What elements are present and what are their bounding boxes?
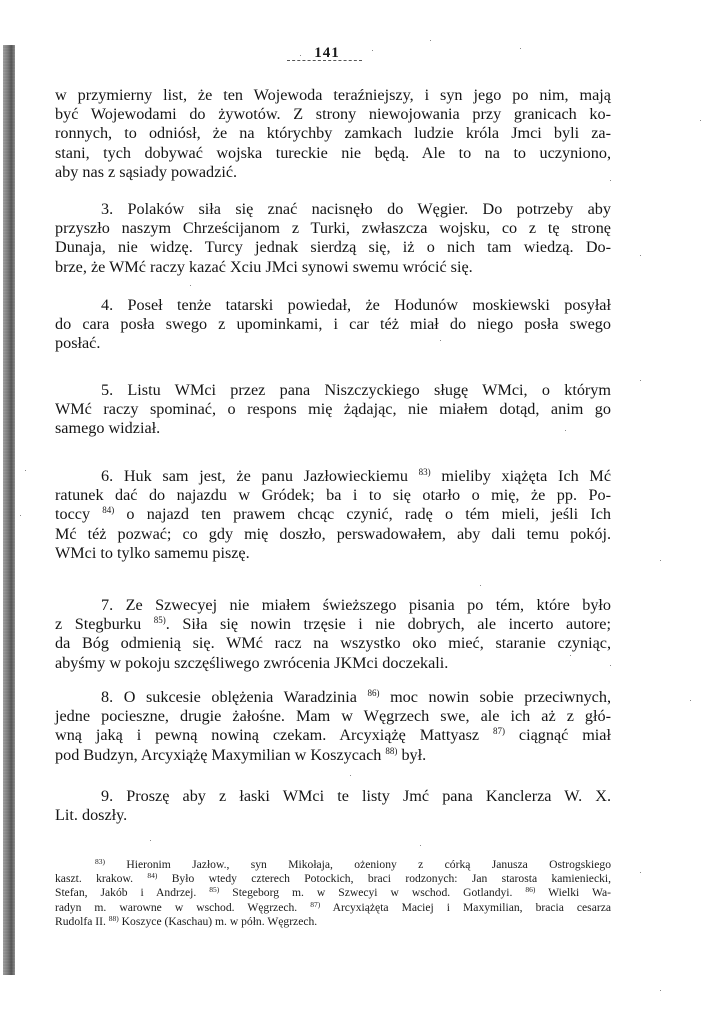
paragraph-line: jedne pocieszne, drugie żałośne. Mam w W…	[55, 707, 611, 726]
paragraph-line: 7. Ze Szwecyej nie miałem świeższego pis…	[55, 596, 611, 615]
footnote-marker: 86)	[368, 688, 380, 698]
paragraph-line: 6. Huk sam jest, że panu Jazłowieckiemu …	[55, 467, 611, 486]
paragraph-9: 9. Proszę aby z łaski WMci te listy Jmć …	[55, 787, 611, 825]
footnote-marker: 87)	[493, 726, 505, 736]
footnote-line: kaszt. krakow. 84) Było wtedy czterech P…	[55, 872, 611, 886]
scan-speck	[640, 872, 641, 873]
footnote-marker: 85)	[209, 885, 219, 894]
paragraph-line: posłać.	[55, 334, 611, 353]
paragraph-line: w przymierny list, że ten Wojewoda teraź…	[55, 86, 611, 105]
footnote-marker: 88)	[109, 914, 119, 923]
paragraph-3: 3. Polaków siła się znać nacisnęło do Wę…	[55, 200, 611, 277]
footnote-marker: 86)	[525, 885, 535, 894]
footnote-line: 83) Hieronim Jazłow., syn Mikołaja, ożen…	[55, 858, 611, 872]
footnote-line: radyn m. warowne w wschod. Węgrzech. 87)…	[55, 901, 611, 915]
paragraph-line: przyszło naszym Chrześcijanom z Turki, z…	[55, 219, 611, 238]
paragraph-line: Dunaja, nie widzę. Turcy jednak sierdzą …	[55, 238, 611, 257]
scan-speck	[300, 55, 301, 56]
scan-speck	[190, 285, 191, 286]
paragraph-line: być Wojewodami do żywotów. Z strony niew…	[55, 105, 611, 124]
scan-speck	[565, 430, 566, 431]
scan-speck	[350, 775, 351, 776]
footnote-marker: 88)	[385, 746, 397, 756]
scan-speck	[660, 560, 661, 561]
page-header: 141	[287, 42, 367, 62]
scan-speck	[480, 585, 481, 586]
paragraph-line: aby nas z sąsiady powadzić.	[55, 163, 611, 182]
scan-speck	[610, 665, 611, 666]
paragraph-line: samego widział.	[55, 419, 611, 438]
scan-speck	[20, 515, 21, 516]
paragraph-line: 9. Proszę aby z łaski WMci te listy Jmć …	[55, 787, 611, 806]
scan-speck	[25, 470, 26, 471]
scan-speck	[430, 40, 431, 41]
paragraph-line: Lit. doszły.	[55, 806, 611, 825]
paragraph-line: pod Budzyn, Arcyxiążę Maxymilian w Koszy…	[55, 746, 611, 765]
scan-speck	[640, 380, 641, 381]
scan-speck	[372, 50, 373, 51]
paragraph-8: 8. O sukcesie oblężenia Waradzinia 86) m…	[55, 688, 611, 765]
footnote-marker: 84)	[147, 871, 157, 880]
footnotes: 83) Hieronim Jazłow., syn Mikołaja, ożen…	[55, 858, 611, 929]
footnote-marker: 85)	[154, 615, 166, 625]
paragraph-line: stani, tych dobywać wojska tureckie nie …	[55, 144, 611, 163]
paragraph-line: z Stegburku 85). Siła się nowin trzęsie …	[55, 615, 611, 634]
scan-speck	[520, 48, 521, 49]
scan-speck	[570, 655, 571, 656]
scan-speck	[420, 845, 421, 846]
scan-speck	[660, 990, 661, 991]
paragraph-line: 4. Poseł tenże tatarski powiedał, że Hod…	[55, 296, 611, 315]
paragraph-6: 6. Huk sam jest, że panu Jazłowieckiemu …	[55, 467, 611, 563]
paragraph-line: toccy 84) o najazd ten prawem chcąc czyn…	[55, 505, 611, 524]
paragraph-line: ratunek dać do najazdu w Gródek; ba i to…	[55, 486, 611, 505]
paragraph-line: 5. Listu WMci przez pana Niszczyckiego s…	[55, 381, 611, 400]
paragraph-line: brze, że WMć raczy kazać Xciu JMci synow…	[55, 258, 611, 277]
scan-speck	[690, 700, 691, 701]
paragraph-line: WMć raczy spominać, o respons mię żądają…	[55, 400, 611, 419]
paragraph-7: 7. Ze Szwecyej nie miałem świeższego pis…	[55, 596, 611, 673]
scan-speck	[640, 255, 641, 256]
footnote-line: Rudolfa II. 88) Koszyce (Kaschau) m. w p…	[55, 915, 611, 929]
footnote-marker: 83)	[95, 857, 105, 866]
paragraph-line: 8. O sukcesie oblężenia Waradzinia 86) m…	[55, 688, 611, 707]
page-number-rule	[287, 60, 362, 61]
scan-speck	[610, 180, 611, 181]
paragraph-line: da Bóg odmienią się. WMć racz na wszystk…	[55, 634, 611, 653]
paragraph-line: abyśmy w pokoju szczęśliwego zwrócenia J…	[55, 654, 611, 673]
footnote-line: Stefan, Jakób i Andrzej. 85) Stegeborg m…	[55, 886, 611, 900]
paragraph-4: 4. Poseł tenże tatarski powiedał, że Hod…	[55, 296, 611, 354]
paragraph-5: 5. Listu WMci przez pana Niszczyckiego s…	[55, 381, 611, 439]
paragraph-line: wną jaką i pewną nowiną czekam. Arcyxiąż…	[55, 726, 611, 745]
paragraph-line: 3. Polaków siła się znać nacisnęło do Wę…	[55, 200, 611, 219]
paragraph-line: Mć téż pozwać; co gdy mię doszło, perswa…	[55, 525, 611, 544]
scan-speck	[150, 840, 151, 841]
footnote-marker: 83)	[419, 467, 431, 477]
paragraph-line: do cara posła swego z upominkami, i car …	[55, 315, 611, 334]
footnote-marker: 87)	[310, 900, 320, 909]
scan-speck	[440, 340, 441, 341]
book-binding-edge	[3, 45, 15, 975]
scan-speck	[700, 120, 701, 121]
paragraph-continued: w przymierny list, że ten Wojewoda teraź…	[55, 86, 611, 182]
footnote-marker: 84)	[102, 505, 114, 515]
paragraph-line: WMci to tylko samemu piszę.	[55, 544, 611, 563]
paragraph-line: ronnych, to odniósł, że na którychby zam…	[55, 124, 611, 143]
